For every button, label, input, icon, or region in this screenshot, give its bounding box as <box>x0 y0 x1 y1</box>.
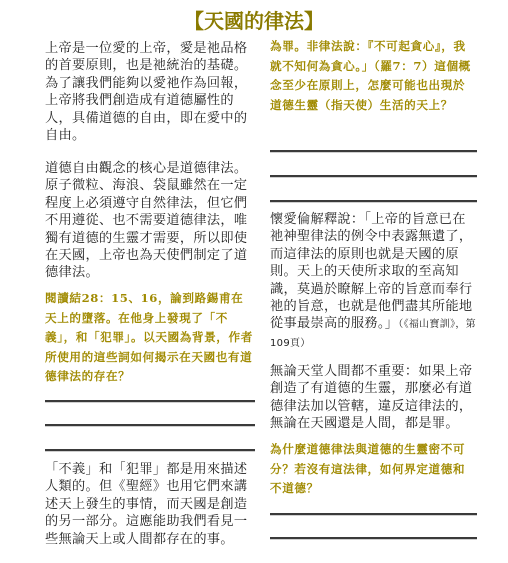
question-3: 為什麼道德律法與道德的生靈密不可分？若沒有這法律，如何界定道德和不道德？ <box>270 440 477 499</box>
sin-paragraph: 「不義」和「犯罪」都是用來描述人類的。但《聖經》也用它們來講述天上發生的事情，而… <box>45 461 255 548</box>
answer-line-1c[interactable] <box>45 449 255 452</box>
answer-line-2a[interactable] <box>270 150 477 153</box>
answer-line-2c[interactable] <box>270 200 477 203</box>
answer-line-1b[interactable] <box>45 424 255 427</box>
ellen-white-quote: 懷愛倫解釋說：「上帝的旨意已在祂神聖律法的例令中表露無遺了，而這律法的原則也就是… <box>270 211 477 352</box>
moral-law-paragraph: 道德自由觀念的核心是道德律法。原子微粒、海浪、袋鼠雖然在一定程度上必須遵守自然律… <box>45 160 255 282</box>
answer-line-1a[interactable] <box>45 400 255 403</box>
answer-line-2b[interactable] <box>270 175 477 178</box>
intro-paragraph: 上帝是一位愛的上帝，愛是祂品格的首要原則，也是祂統治的基礎。為了讓我們能夠以愛祂… <box>45 40 255 144</box>
question-1: 閱讀結28：15、16，論到路錫甫在天上的墮落。在他身上發現了「不義」，和「犯罪… <box>45 289 255 387</box>
heaven-earth-paragraph: 無論天堂人間都不重要：如果上帝創造了有道德的生靈，那麼必有道德律法加以管轄，違反… <box>270 363 477 433</box>
answer-line-3b[interactable] <box>270 537 477 540</box>
question-2: 為罪。非律法說：『不可起貪心』，我就不知何為貪心。」（羅7：7）這個概念至少在原… <box>270 37 477 115</box>
page-title: 【天國的律法】 <box>0 5 508 34</box>
quote-text: 懷愛倫解釋說：「上帝的旨意已在祂神聖律法的例令中表露無遺了，而這律法的原則也就是… <box>270 212 472 331</box>
answer-line-3a[interactable] <box>270 513 477 516</box>
